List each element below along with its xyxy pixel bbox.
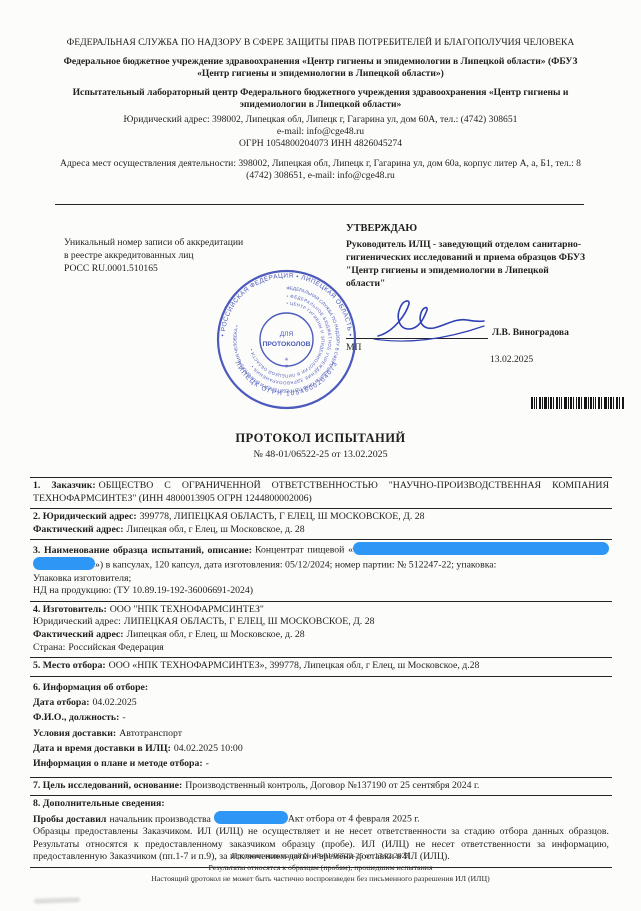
section-purpose: 7. Цель исследований, основание:Производ… bbox=[30, 778, 612, 797]
page-footer: Протокол испытаний № 48-01/06522-25 от 1… bbox=[0, 850, 641, 885]
approval-block: УТВЕРЖДАЮ Руководитель ИЛЦ - заведующий … bbox=[346, 222, 588, 360]
testing-center-name: Испытательный лабораторный центр Федерал… bbox=[48, 87, 593, 111]
section-legal-address: 2. Юридический адрес:399778, ЛИПЕЦКАЯ ОБ… bbox=[30, 509, 612, 540]
manufacturer-legal-label: Юридический адрес: bbox=[33, 616, 124, 627]
protocol-table: 1. Заказчик:ОБЩЕСТВО С ОГРАНИЧЕННОЙ ОТВЕ… bbox=[30, 477, 612, 868]
footer-results-note: Результаты относятся к образцам (пробам)… bbox=[0, 862, 641, 874]
header-divider bbox=[55, 204, 584, 205]
sampling-plan-value: - bbox=[206, 758, 209, 769]
delivery-datetime-row: Дата и время доставки в ИЛЦ:04.02.2025 1… bbox=[33, 743, 609, 756]
actual-address-value: Липецкая обл, г Елец, ш Московское, д. 2… bbox=[127, 524, 305, 535]
org-ogrn-inn-line: ОГРН 1054800204073 ИНН 4826045274 bbox=[48, 138, 593, 150]
manufacturer-actual-label: Фактический адрес: bbox=[33, 629, 127, 640]
customer-label: 1. Заказчик: bbox=[33, 480, 99, 491]
delivery-datetime-value: 04.02.2025 10:00 bbox=[174, 743, 243, 754]
scan-speck bbox=[192, 881, 194, 883]
legal-address-line: Юридический адрес: 398002, Липецкая обл,… bbox=[48, 114, 593, 126]
footer-reproduction-note: Настоящий протокол не может быть частичн… bbox=[0, 873, 641, 885]
sample-nd-line: НД на продукцию: (ТУ 10.89.19-192-360066… bbox=[33, 585, 609, 598]
sampling-date-row: Дата отбора:04.02.2025 bbox=[33, 697, 609, 710]
legal-address-row: 2. Юридический адрес:399778, ЛИПЕЦКАЯ ОБ… bbox=[33, 511, 609, 524]
delivery-conditions-label: Условия доставки: bbox=[33, 728, 119, 739]
approval-title: УТВЕРЖДАЮ bbox=[346, 222, 588, 235]
approver-position: Руководитель ИЛЦ - заведующий отделом са… bbox=[346, 238, 588, 290]
sampling-info-label: 6. Информация об отборе: bbox=[33, 682, 609, 695]
sampling-place-value: ООО «НПК ТЕХНОФАРМСИНТЕЗ», 399778, Липец… bbox=[109, 660, 480, 671]
sampling-fio-row: Ф.И.О., должность:- bbox=[33, 712, 609, 725]
organization-name: Федеральное бюджетное учреждение здравоо… bbox=[48, 56, 593, 80]
protocol-document-page: ФЕДЕРАЛЬНАЯ СЛУЖБА ПО НАДЗОРУ В СФЕРЕ ЗА… bbox=[0, 0, 641, 911]
protocol-title-block: ПРОТОКОЛ ИСПЫТАНИЙ № 48-01/06522-25 от 1… bbox=[0, 431, 641, 460]
stamp-star-1: ✳ bbox=[284, 357, 288, 363]
manufacturer-label: 4. Изготовитель: bbox=[33, 604, 110, 615]
manufacturer-country-label: Страна: bbox=[33, 642, 68, 653]
delivered-by-row: Пробы доставилначальник производстваАкт … bbox=[33, 811, 609, 826]
legal-address-label: 2. Юридический адрес: bbox=[33, 511, 140, 522]
svg-text:• ФЕДЕРАЛЬНОЕ БЮДЖЕТНОЕ УЧРЕЖД: • ФЕДЕРАЛЬНОЕ БЮДЖЕТНОЕ УЧРЕЖДЕНИЕ ЗДРАВ… bbox=[250, 293, 333, 385]
sampling-date-value: 04.02.2025 bbox=[93, 697, 137, 708]
stamp-center-line2: ПРОТОКОЛОВ bbox=[262, 341, 310, 348]
section-sampling-info: 6. Информация об отборе: Дата отбора:04.… bbox=[30, 677, 612, 778]
activity-addresses-line: Адреса мест осуществления деятельности: … bbox=[48, 158, 593, 182]
signature-zone: Л.В. Виноградова МП 13.02.2025 bbox=[346, 290, 588, 360]
barcode bbox=[531, 397, 625, 409]
sampling-fio-value: - bbox=[122, 712, 125, 723]
section-manufacturer: 4. Изготовитель:ООО "НПК ТЕХНОФАРМСИНТЕЗ… bbox=[30, 602, 612, 658]
redaction-bar bbox=[214, 811, 288, 824]
stamp-center-line1: ДЛЯ bbox=[280, 331, 294, 338]
protocol-number: № 48-01/06522-25 от 13.02.2025 bbox=[0, 449, 641, 460]
manufacturer-actual-value: Липецкая обл, г Елец, ш Московское, д. 2… bbox=[127, 629, 305, 640]
sampling-plan-label: Информация о плане и методе отбора: bbox=[33, 758, 206, 769]
manufacturer-country-value: Российская Федерация bbox=[68, 642, 163, 653]
document-header: ФЕДЕРАЛЬНАЯ СЛУЖБА ПО НАДЗОРУ В СФЕРЕ ЗА… bbox=[48, 37, 593, 182]
manufacturer-row: 4. Изготовитель:ООО "НПК ТЕХНОФАРМСИНТЕЗ… bbox=[33, 604, 609, 617]
redaction-bar bbox=[33, 557, 95, 570]
scan-smudge bbox=[34, 897, 80, 904]
stamp-star-2: ✳ bbox=[284, 364, 288, 370]
delivered-by-text: начальник производства bbox=[109, 814, 213, 825]
sample-description: 3. Наименование образца испытаний, описа… bbox=[33, 542, 609, 572]
footer-protocol-number: Протокол испытаний № 48-01/06522-25 от 1… bbox=[0, 850, 641, 862]
customer-value: ОБЩЕСТВО С ОГРАНИЧЕННОЙ ОТВЕТСТВЕННОСТЬЮ… bbox=[33, 480, 609, 504]
redaction-bar bbox=[353, 542, 609, 555]
manufacturer-country-row: Страна:Российская Федерация bbox=[33, 642, 609, 655]
legal-address-value: 399778, ЛИПЕЦКАЯ ОБЛАСТЬ, Г ЕЛЕЦ, Ш МОСК… bbox=[140, 511, 425, 522]
approval-date: 13.02.2025 bbox=[490, 353, 533, 366]
section-customer: 1. Заказчик:ОБЩЕСТВО С ОГРАНИЧЕННОЙ ОТВЕ… bbox=[30, 478, 612, 509]
delivered-by-label: Пробы доставил bbox=[33, 814, 109, 825]
sample-value-cont: ») в капсулах, 120 капсул, дата изготовл… bbox=[95, 560, 496, 571]
signer-name: Л.В. Виноградова bbox=[492, 326, 569, 339]
purpose-label: 7. Цель исследований, основание: bbox=[33, 780, 185, 791]
manufacturer-value: ООО "НПК ТЕХНОФАРМСИНТЕЗ" bbox=[110, 604, 264, 615]
protocol-title: ПРОТОКОЛ ИСПЫТАНИЙ bbox=[0, 431, 641, 446]
accreditation-line-2: в реестре аккредитованных лиц bbox=[64, 249, 314, 262]
delivery-datetime-label: Дата и время доставки в ИЛЦ: bbox=[33, 743, 174, 754]
sampling-place-label: 5. Место отбора: bbox=[33, 660, 109, 671]
manufacturer-legal-row: Юридический адрес:ЛИПЕЦКАЯ ОБЛАСТЬ, Г ЕЛ… bbox=[33, 616, 609, 629]
manufacturer-legal-value: ЛИПЕЦКАЯ ОБЛАСТЬ, Г ЕЛЕЦ, Ш МОСКОВСКОЕ, … bbox=[124, 616, 375, 627]
accreditation-line-1: Уникальный номер записи об аккредитации bbox=[64, 236, 314, 249]
sample-label: 3. Наименование образца испытаний, описа… bbox=[33, 545, 255, 556]
manufacturer-actual-row: Фактический адрес:Липецкая обл, г Елец, … bbox=[33, 629, 609, 642]
sample-packaging-line: Упаковка изготовителя; bbox=[33, 573, 609, 586]
delivery-conditions-row: Условия доставки:Автотранспорт bbox=[33, 728, 609, 741]
purpose-value: Производственный контроль, Договор №1371… bbox=[185, 780, 479, 791]
org-email-line: e-mail: info@cge48.ru bbox=[48, 126, 593, 138]
sample-value-open: Концентрат пищевой « bbox=[255, 545, 353, 556]
actual-address-label: Фактический адрес: bbox=[33, 524, 127, 535]
stamp-ring-mid2-text: • ФЕДЕРАЛЬНОЕ БЮДЖЕТНОЕ УЧРЕЖДЕНИЕ ЗДРАВ… bbox=[250, 293, 333, 385]
section-sample: 3. Наименование образца испытаний, описа… bbox=[30, 540, 612, 601]
delivery-conditions-value: Автотранспорт bbox=[119, 728, 182, 739]
section-sampling-place: 5. Место отбора:ООО «НПК ТЕХНОФАРМСИНТЕЗ… bbox=[30, 658, 612, 677]
sampling-plan-row: Информация о плане и методе отбора:- bbox=[33, 758, 609, 771]
sampling-date-label: Дата отбора: bbox=[33, 697, 93, 708]
official-round-stamp: • РОССИЙСКАЯ ФЕДЕРАЦИЯ • ЛИПЕЦКАЯ ОБЛАСТ… bbox=[214, 267, 359, 412]
stamp-outer-circle bbox=[218, 271, 355, 408]
sampling-fio-label: Ф.И.О., должность: bbox=[33, 712, 122, 723]
signature-scribble-icon bbox=[372, 296, 492, 344]
federal-service-name: ФЕДЕРАЛЬНАЯ СЛУЖБА ПО НАДЗОРУ В СФЕРЕ ЗА… bbox=[48, 37, 593, 49]
actual-address-row: Фактический адрес:Липецкая обл, г Елец, … bbox=[33, 524, 609, 537]
sampling-act-text: Акт отбора от 4 февраля 2025 г. bbox=[288, 814, 420, 825]
additional-label: 8. Дополнительные сведения: bbox=[33, 798, 609, 811]
